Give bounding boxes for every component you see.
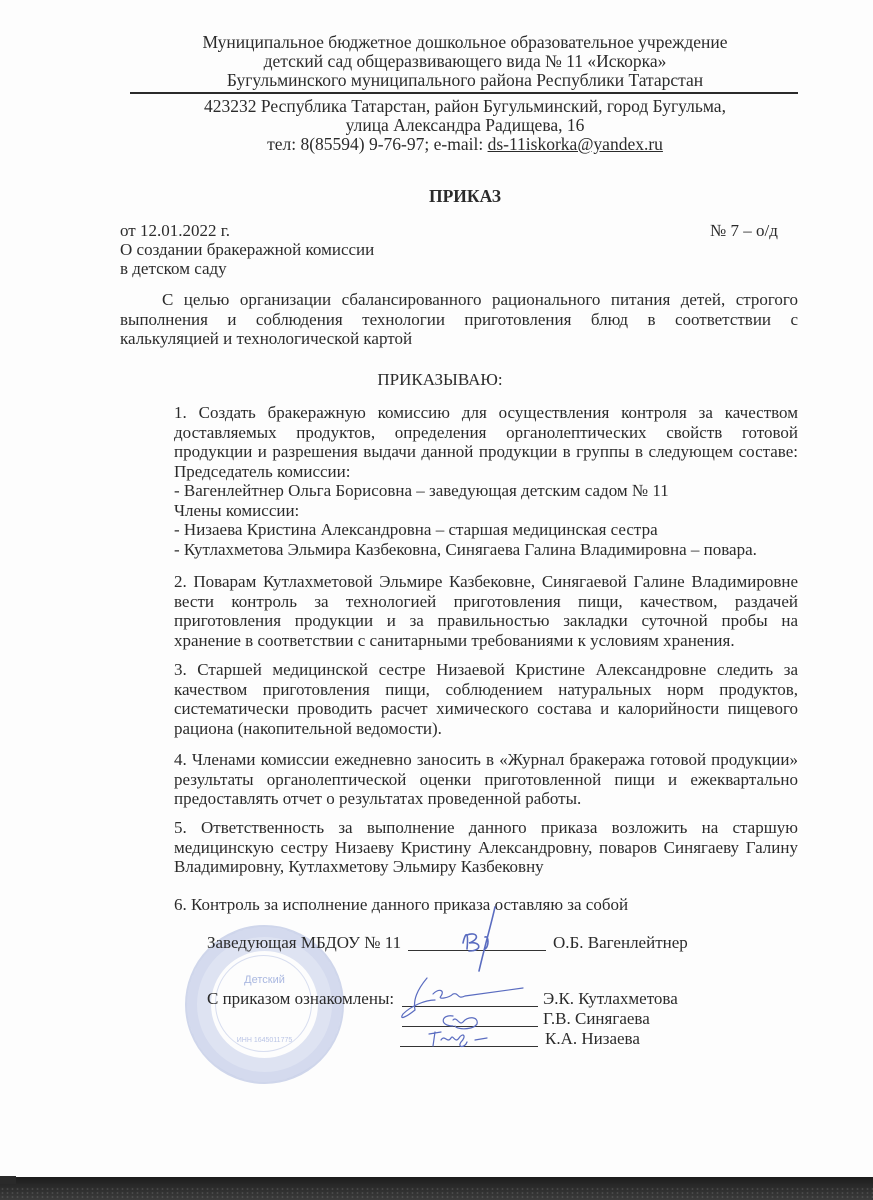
order-item-1: 1. Создать бракеражную комиссию для осущ… bbox=[174, 403, 798, 559]
item-1-line-4: Председатель комиссии: bbox=[174, 462, 798, 482]
address-line-1: 423232 Республика Татарстан, район Бугул… bbox=[0, 97, 873, 116]
item-3-line-3: систематически проводить расчет химическ… bbox=[174, 699, 798, 719]
item-1-line-6: Члены комиссии: bbox=[174, 501, 798, 521]
order-subject-line-1: О создании бракеражной комиссии bbox=[120, 240, 374, 260]
order-item-3: 3. Старшей медицинской сестре Низаевой К… bbox=[174, 660, 798, 738]
item-4-line-1: 4. Членами комиссии ежедневно заносить в… bbox=[174, 750, 798, 770]
order-item-4: 4. Членами комиссии ежедневно заносить в… bbox=[174, 750, 798, 809]
item-5-line-3: Владимировну, Кутлахметову Эльмиру Казбе… bbox=[174, 857, 798, 877]
acquainted-name-3: К.А. Низаева bbox=[545, 1029, 640, 1049]
stamp-inn-text: ИНН 1645011775 bbox=[187, 1037, 342, 1044]
contact-line: тел: 8(85594) 9-76-97; e-mail: ds-11isko… bbox=[0, 135, 873, 154]
item-4-line-2: результаты органолептической оценки приг… bbox=[174, 770, 798, 790]
acquainted-label: С приказом ознакомлены: bbox=[207, 989, 394, 1009]
item-3-line-4: рациона (накопительной ведомости). bbox=[174, 719, 798, 739]
item-1-line-2: доставляемых продуктов, определения орга… bbox=[174, 423, 798, 443]
item-2-line-4: хранение в соответствии с санитарными тр… bbox=[174, 631, 798, 651]
head-signature-label: Заведующая МБДОУ № 11 bbox=[207, 933, 401, 953]
item-3-line-1: 3. Старшей медицинской сестре Низаевой К… bbox=[174, 660, 798, 680]
item-1-line-5: - Вагенлейтнер Ольга Борисовна – заведую… bbox=[174, 481, 798, 501]
item-1-line-7: - Низаева Кристина Александровна – старш… bbox=[174, 520, 798, 540]
head-signature-scribble-icon bbox=[455, 905, 515, 975]
letterhead-divider bbox=[130, 92, 798, 94]
scan-border-notch bbox=[0, 1176, 16, 1184]
preamble-line-2: выполнения и соблюдения технологии приго… bbox=[120, 310, 798, 330]
item-1-line-1: 1. Создать бракеражную комиссию для осущ… bbox=[174, 403, 798, 423]
org-name-line-2: детский сад общеразвивающего вида № 11 «… bbox=[0, 52, 873, 71]
order-subject-line-2: в детском саду bbox=[120, 259, 227, 279]
acquainted-name-2: Г.В. Синягаева bbox=[543, 1009, 650, 1029]
document-title: ПРИКАЗ bbox=[0, 186, 873, 207]
org-name-line-1: Муниципальное бюджетное дошкольное образ… bbox=[0, 33, 873, 52]
item-2-line-2: вести контроль за технологией приготовле… bbox=[174, 592, 798, 612]
scan-border-bottom bbox=[0, 1177, 873, 1200]
order-number: № 7 – о/д bbox=[710, 221, 778, 241]
email-link[interactable]: ds-11iskorka@yandex.ru bbox=[488, 134, 663, 154]
item-4-line-3: предоставлять отчет о результатах провед… bbox=[174, 789, 798, 809]
address-line-2: улица Александра Радищева, 16 bbox=[0, 116, 873, 135]
preamble: С целью организации сбалансированного ра… bbox=[120, 290, 798, 349]
directive-heading: ПРИКАЗЫВАЮ: bbox=[0, 370, 873, 390]
org-name-line-3: Бугульминского муниципального района Рес… bbox=[0, 71, 873, 90]
document-page: Муниципальное бюджетное дошкольное образ… bbox=[0, 0, 873, 1177]
phone-text: тел: 8(85594) 9-76-97; e-mail: bbox=[267, 134, 488, 154]
preamble-line-3: калькуляцией и технологической картой bbox=[120, 329, 798, 349]
acquainted-signatures-scribble-icon bbox=[395, 970, 545, 1050]
acquainted-name-1: Э.К. Кутлахметова bbox=[543, 989, 678, 1009]
item-3-line-2: качеством приготовления пищи, соблюдение… bbox=[174, 680, 798, 700]
item-1-line-3: продукции и разрешения выдачи данной про… bbox=[174, 442, 798, 462]
order-date: от 12.01.2022 г. bbox=[120, 221, 230, 241]
item-1-line-8: - Кутлахметова Эльмира Казбековна, Синяг… bbox=[174, 540, 798, 560]
item-5-line-1: 5. Ответственность за выполнение данного… bbox=[174, 818, 798, 838]
order-item-5: 5. Ответственность за выполнение данного… bbox=[174, 818, 798, 877]
item-5-line-2: медицинскую сестру Низаеву Кристину Алек… bbox=[174, 838, 798, 858]
head-signature-name: О.Б. Вагенлейтнер bbox=[553, 933, 688, 953]
item-2-line-1: 2. Поварам Кутлахметовой Эльмире Казбеко… bbox=[174, 572, 798, 592]
item-2-line-3: приготовления продукции и за правильност… bbox=[174, 611, 798, 631]
order-item-2: 2. Поварам Кутлахметовой Эльмире Казбеко… bbox=[174, 572, 798, 650]
preamble-line-1: С целью организации сбалансированного ра… bbox=[120, 290, 798, 310]
stamp-center-text: Детский bbox=[187, 974, 342, 986]
